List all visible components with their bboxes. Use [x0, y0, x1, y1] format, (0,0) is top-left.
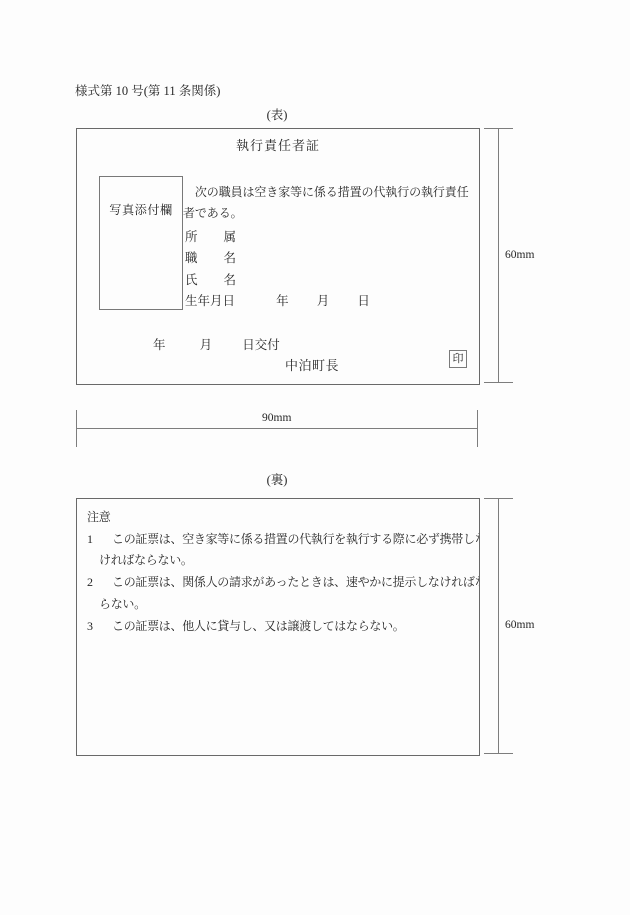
width-dimension-line: [76, 428, 478, 429]
form-number: 様式第 10 号(第 11 条関係): [75, 84, 220, 99]
seal-placeholder-box: 印: [449, 350, 467, 368]
issue-year-placeholder: 年: [153, 338, 166, 352]
back-card: 注意 1 この証票は、空き家等に係る措置の代執行を執行する際に必ず携帯しな けれ…: [76, 498, 480, 756]
note-text-line: この証票は、他人に貸与し、又は譲渡してはならない。: [112, 616, 473, 638]
back-height-dimension-line: [498, 498, 499, 754]
note-text-line: ければならない。: [99, 550, 473, 572]
back-height-top-cap: [484, 498, 513, 499]
note-text-line: らない。: [99, 594, 473, 616]
label-char: 属: [223, 227, 236, 248]
statement-line-1: 次の職員は空き家等に係る措置の代執行の執行責任: [183, 182, 475, 203]
front-height-bottom-cap: [484, 382, 513, 383]
birth-year-placeholder: 年: [276, 294, 289, 308]
front-side-label: (表): [76, 105, 478, 123]
field-birthdate: 生年月日 年 月 日: [185, 291, 370, 312]
field-affiliation-label: 所 属: [185, 227, 236, 248]
note-number: 3: [87, 616, 93, 638]
issue-month-placeholder: 月: [200, 338, 213, 352]
notes-heading: 注意: [87, 507, 473, 529]
label-char: 名: [223, 270, 236, 291]
certificate-statement: 次の職員は空き家等に係る措置の代執行の執行責任 者である。: [183, 182, 475, 223]
issue-date-row: 年 月 日交付: [153, 335, 280, 356]
label-char: 名: [223, 248, 236, 269]
notes-block: 注意 1 この証票は、空き家等に係る措置の代執行を執行する際に必ず携帯しな けれ…: [87, 507, 473, 637]
note-number: 1: [87, 529, 93, 551]
document-page: 様式第 10 号(第 11 条関係) (表) 執行責任者証 写真添付欄 次の職員…: [0, 0, 630, 915]
front-height-top-cap: [484, 128, 513, 129]
mayor-name: 中泊町長: [285, 355, 339, 374]
field-job-title-label: 職 名: [185, 248, 236, 269]
back-height-bottom-cap: [484, 753, 513, 754]
note-item-1: 1 この証票は、空き家等に係る措置の代執行を執行する際に必ず携帯しな ければなら…: [87, 529, 473, 572]
label-char: 氏: [185, 270, 198, 291]
field-name-label: 氏 名: [185, 270, 236, 291]
note-text-line: この証票は、空き家等に係る措置の代執行を執行する際に必ず携帯しな: [112, 529, 473, 551]
field-rows: 所 属 職 名 氏 名 生年月日 年 月 日: [185, 227, 370, 313]
photo-box-label: 写真添付欄: [100, 201, 182, 218]
field-birthdate-label: 生年月日: [185, 294, 235, 308]
back-side-label: (裏): [76, 470, 478, 488]
front-card: 執行責任者証 写真添付欄 次の職員は空き家等に係る措置の代執行の執行責任 者であ…: [76, 128, 480, 385]
statement-line-2: 者である。: [183, 203, 475, 224]
field-name: 氏 名: [185, 270, 370, 291]
note-number: 2: [87, 572, 93, 594]
note-item-3: 3 この証票は、他人に貸与し、又は譲渡してはならない。: [87, 616, 473, 638]
birth-day-placeholder: 日: [357, 294, 370, 308]
field-affiliation: 所 属: [185, 227, 370, 248]
front-height-dimension-line: [498, 128, 499, 383]
note-item-2: 2 この証票は、関係人の請求があったときは、速やかに提示しなければな らない。: [87, 572, 473, 615]
issue-day-label: 日交付: [242, 338, 280, 352]
note-text-line: この証票は、関係人の請求があったときは、速やかに提示しなければな: [112, 572, 473, 594]
width-dimension-label: 90mm: [262, 412, 291, 425]
field-job-title: 職 名: [185, 248, 370, 269]
front-height-dimension-label: 60mm: [505, 249, 534, 262]
certificate-title: 執行責任者証: [77, 135, 479, 154]
width-right-cap: [477, 410, 478, 447]
width-left-cap: [76, 410, 77, 447]
label-char: 所: [185, 227, 198, 248]
label-char: 職: [185, 248, 198, 269]
back-height-dimension-label: 60mm: [505, 619, 534, 632]
birth-month-placeholder: 月: [317, 294, 330, 308]
photo-attachment-box: 写真添付欄: [99, 176, 183, 310]
